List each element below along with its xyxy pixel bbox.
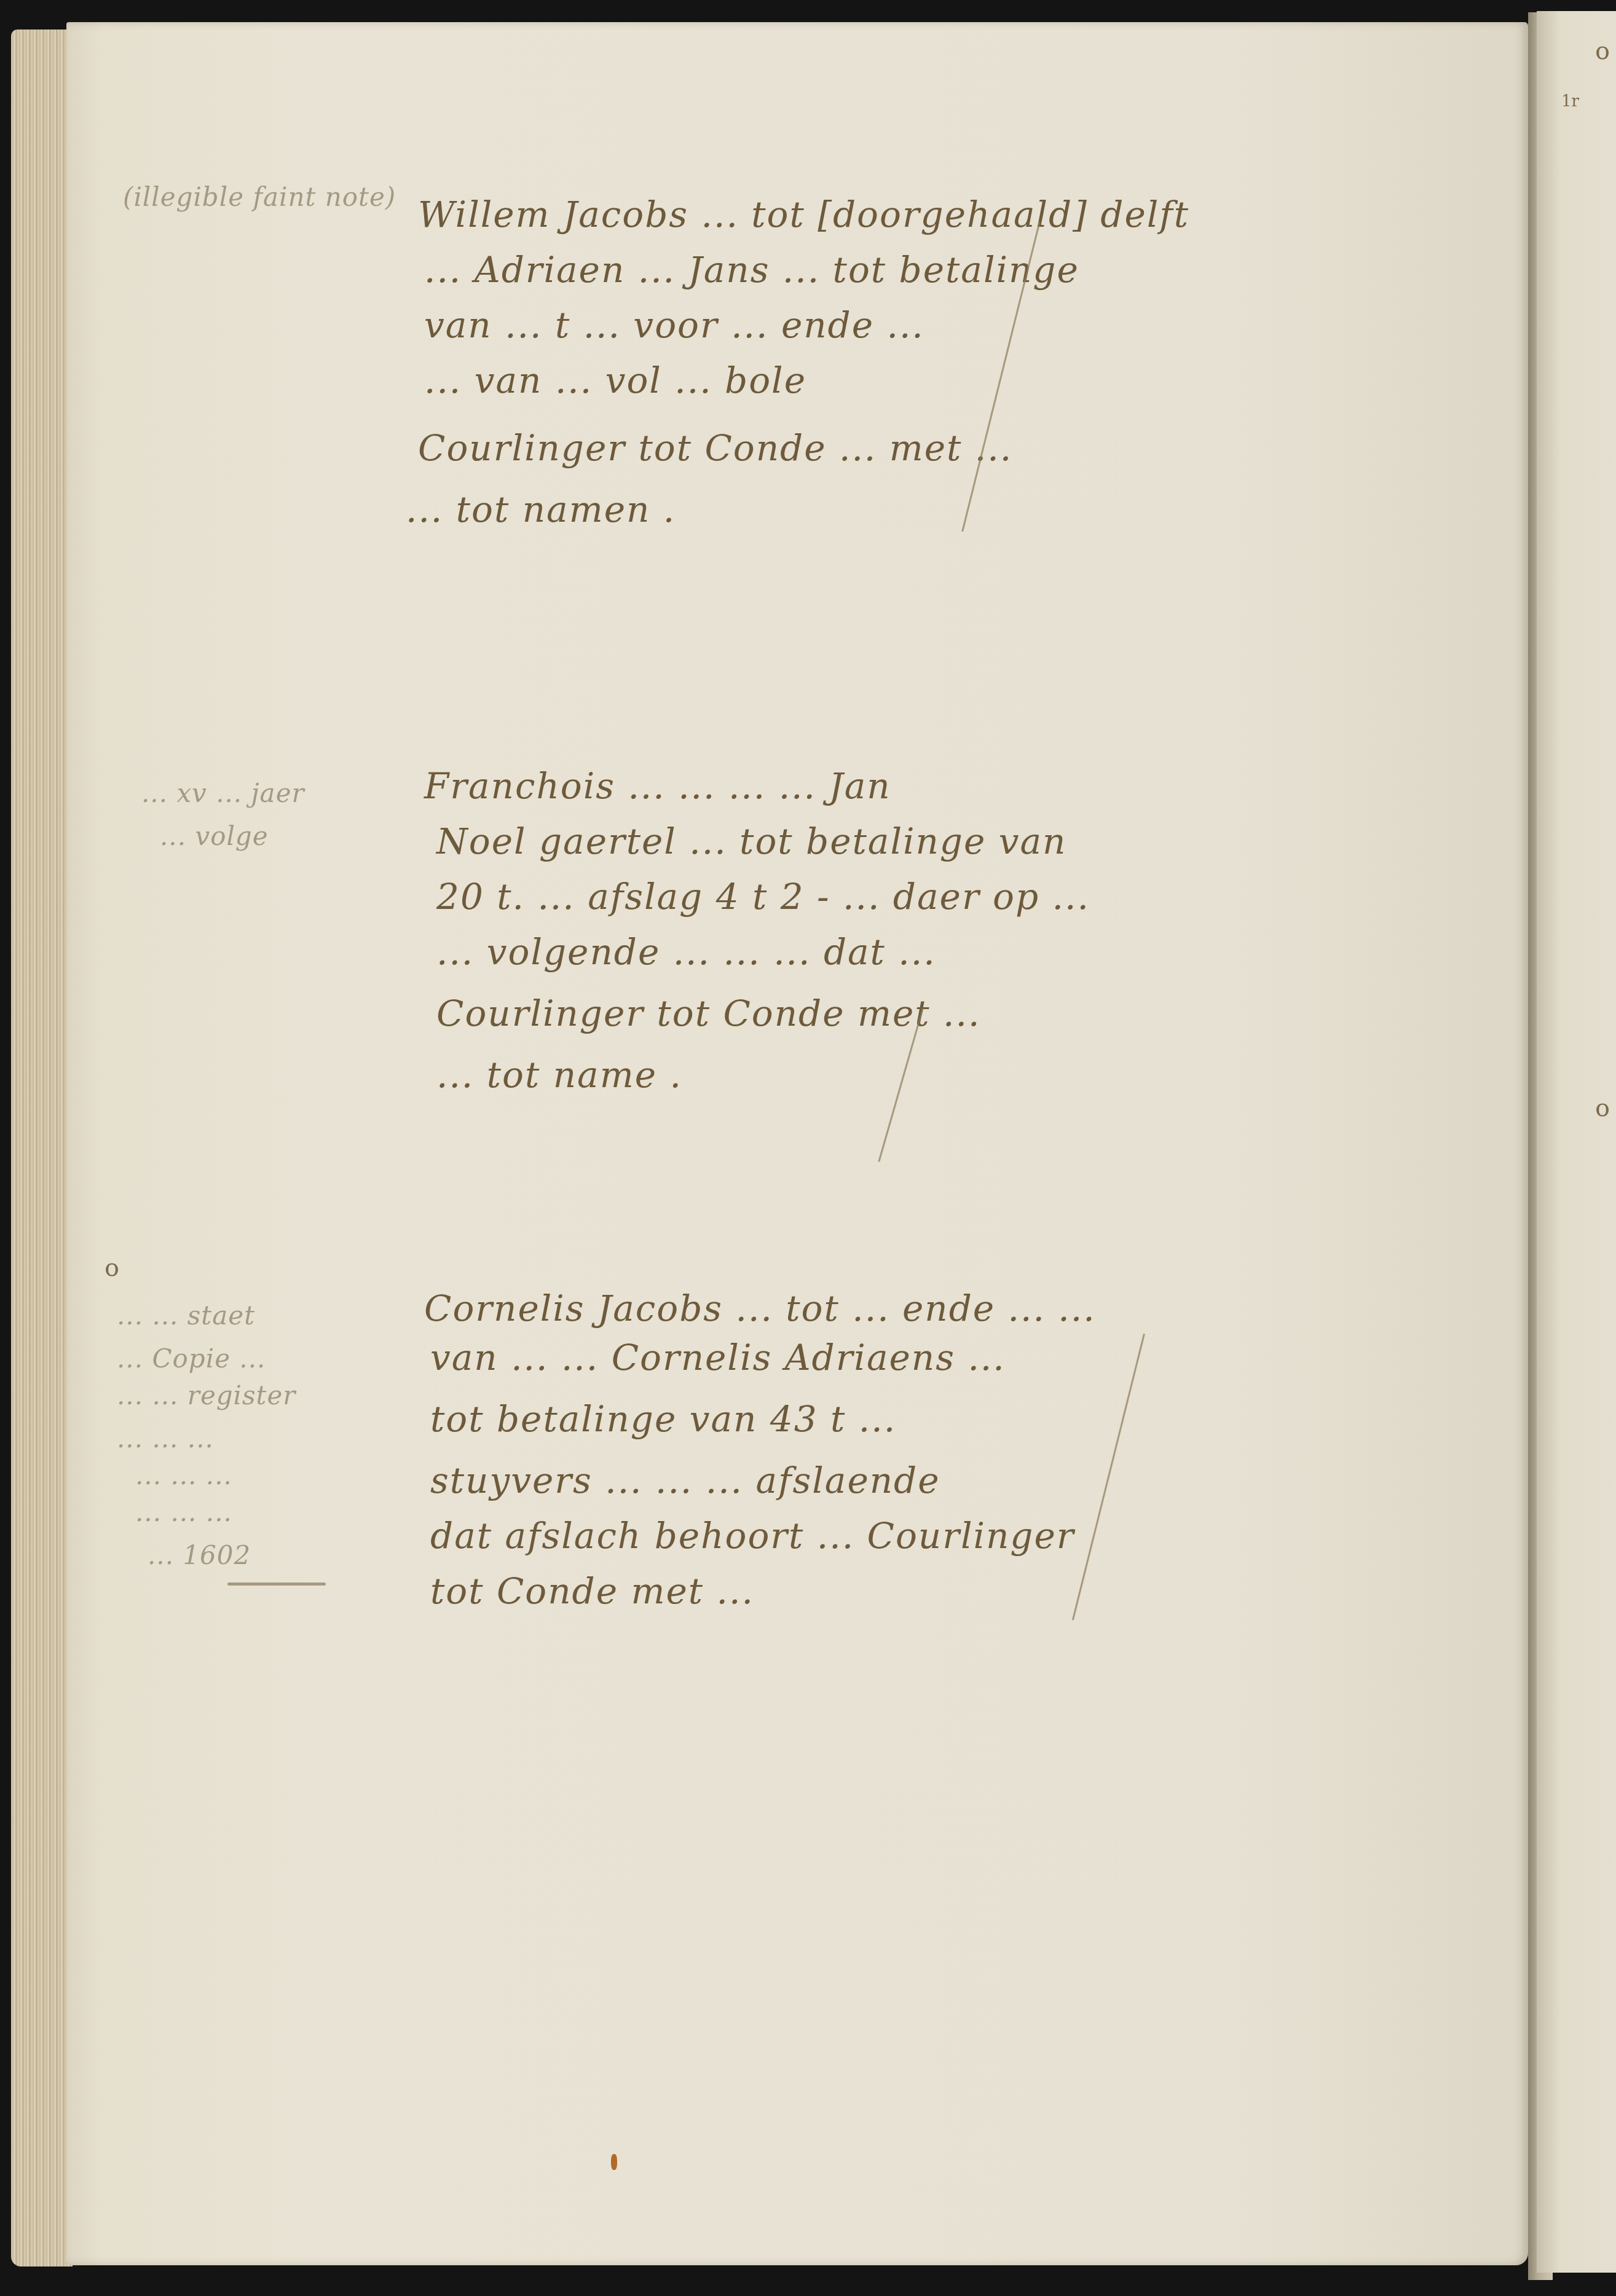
entry-line: stuyvers ... ... ... afslaende (430, 1463, 940, 1498)
entry-line: Cornelis Jacobs ... tot ... ende ... ... (424, 1291, 1096, 1326)
margin-note: ... ... ... (135, 1500, 232, 1525)
manuscript-scan: (illegible faint note) Willem Jacobs ...… (0, 0, 1616, 2296)
entry-line: ... tot name . (436, 1057, 682, 1093)
margin-note: ... ... ... (117, 1426, 214, 1452)
facing-page-mark: o (1595, 37, 1610, 65)
margin-note: ... Copie ... (117, 1346, 266, 1372)
entry-line: ... volgende ... ... ... dat ... (436, 934, 936, 970)
entry-line: 20 t. ... afslag 4 t 2 - ... daer op ... (436, 879, 1090, 914)
entry-line: Willem Jacobs ... tot [doorgehaald] delf… (418, 197, 1189, 232)
entry-line: ... van ... vol ... bole (424, 363, 806, 398)
entry-line: tot Conde met ... (430, 1573, 754, 1609)
margin-note: ... ... register (117, 1383, 296, 1409)
entry-line: van ... ... Cornelis Adriaens ... (430, 1340, 1006, 1375)
entry-line: tot betalinge van 43 t ... (430, 1401, 896, 1437)
page-edges (11, 29, 73, 2267)
entry-line: Courlinger tot Conde met ... (436, 996, 980, 1031)
margin-note: ... 1602 (148, 1543, 251, 1568)
entry-line: Franchois ... ... ... ... Jan (424, 768, 891, 804)
margin-scribble-top: (illegible faint note) (123, 184, 396, 210)
entry-line: ... Adriaen ... Jans ... tot betalinge (424, 252, 1079, 288)
margin-note: ... xv ... jaer (141, 780, 305, 806)
margin-note: ... volge (160, 824, 269, 849)
margin-note: ... ... staet (117, 1303, 255, 1329)
margin-note: ... ... ... (135, 1463, 232, 1488)
entry-line: ... tot namen . (406, 492, 676, 527)
entry-line: dat afslach behoort ... Courlinger (430, 1518, 1075, 1554)
entry-line: van ... t ... voor ... ende ... (424, 307, 924, 343)
facing-page-mark: 1r (1561, 92, 1579, 111)
facing-page-edge (1537, 11, 1616, 2273)
rust-stain (611, 2154, 617, 2170)
entry-line: Courlinger tot Conde ... met ... (418, 430, 1012, 466)
circle-mark: o (104, 1254, 119, 1282)
facing-page-mark: o (1595, 1094, 1610, 1122)
manuscript-page (66, 22, 1528, 2265)
entry-line: Noel gaertel ... tot betalinge van (436, 824, 1066, 859)
underline-stroke (227, 1582, 326, 1586)
